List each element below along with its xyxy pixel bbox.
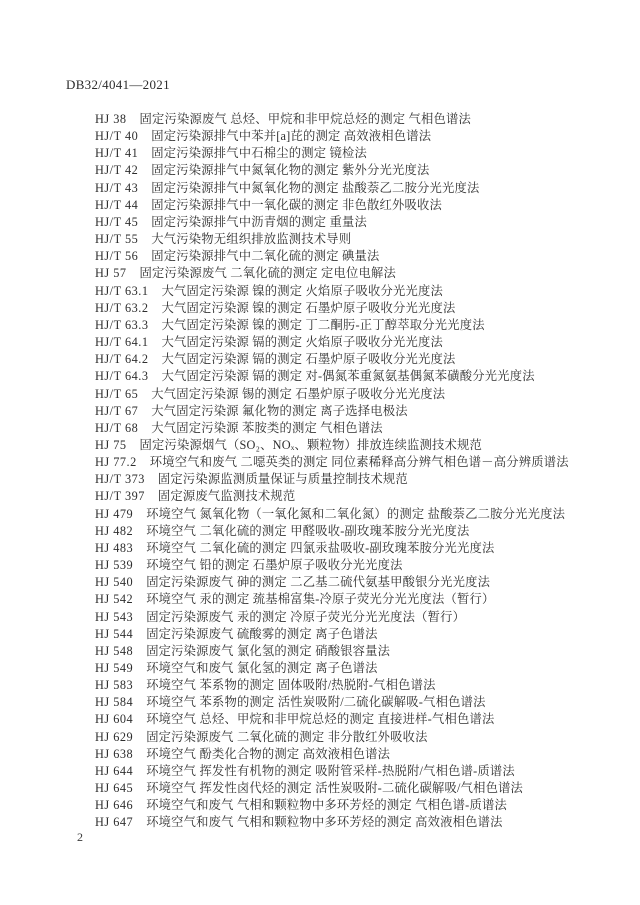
standard-code: HJ 75 (95, 437, 127, 454)
standard-code: HJ 544 (95, 626, 133, 643)
standard-title: 环境空气 二氧化硫的测定 甲醛吸收-副玫瑰苯胺分光光度法 (146, 524, 469, 538)
standard-entry: HJ 629固定污染源废气 二氧化硫的测定 非分散红外吸收法 (95, 729, 595, 746)
standard-title: 固定污染源排气中二氧化硫的测定 碘量法 (151, 249, 379, 263)
standard-code: HJ/T 63.3 (95, 317, 148, 334)
standard-code: HJ/T 64.3 (95, 368, 148, 385)
standard-entry: HJ 540固定污染源废气 砷的测定 二乙基二硫代氨基甲酸银分光光度法 (95, 574, 595, 591)
standard-entry: HJ/T 42固定污染源排气中氮氧化物的测定 紫外分光光度法 (95, 162, 595, 179)
standard-entry: HJ 75固定污染源烟气（SO₂、NOₓ、颗粒物）排放连续监测技术规范 (95, 437, 595, 454)
standard-entry: HJ/T 55大气污染物无组织排放监测技术导则 (95, 231, 595, 248)
standard-entry: HJ 645环境空气 挥发性卤代烃的测定 活性炭吸附-二硫化碳解吸/气相色谱法 (95, 780, 595, 797)
standard-code: HJ 604 (95, 711, 133, 728)
standard-title: 大气固定污染源 镉的测定 火焰原子吸收分光光度法 (161, 335, 442, 349)
standard-entry: HJ/T 64.1大气固定污染源 镉的测定 火焰原子吸收分光光度法 (95, 334, 595, 351)
standard-title: 大气固定污染源 苯胺类的测定 气相色谱法 (151, 421, 383, 435)
standard-code: HJ 479 (95, 506, 133, 523)
standard-entry: HJ 57固定污染源废气 二氧化硫的测定 定电位电解法 (95, 265, 595, 282)
page-number: 2 (77, 830, 83, 845)
standard-code: HJ/T 56 (95, 248, 138, 265)
standard-code: HJ 646 (95, 797, 133, 814)
standard-code: HJ/T 64.2 (95, 351, 148, 368)
standard-title: 固定污染源排气中苯并[a]芘的测定 高效液相色谱法 (151, 129, 431, 143)
standard-entry: HJ/T 63.2大气固定污染源 镍的测定 石墨炉原子吸收分光光度法 (95, 300, 595, 317)
standard-entry: HJ 542环境空气 汞的测定 巯基棉富集-冷原子荧光分光光度法（暂行） (95, 591, 595, 608)
standard-code: HJ 584 (95, 694, 133, 711)
standard-entry: HJ/T 41固定污染源排气中石棉尘的测定 镜检法 (95, 145, 595, 162)
standard-entry: HJ 644环境空气 挥发性有机物的测定 吸附管采样-热脱附/气相色谱-质谱法 (95, 763, 595, 780)
standard-title: 固定污染源废气 氯化氢的测定 硝酸银容量法 (146, 644, 390, 658)
standard-code: HJ/T 68 (95, 420, 138, 437)
standard-entry: HJ 38固定污染源废气 总烃、甲烷和非甲烷总烃的测定 气相色谱法 (95, 111, 595, 128)
standard-title: 固定污染源废气 二氧化硫的测定 定电位电解法 (140, 266, 397, 280)
standard-entry: HJ/T 56固定污染源排气中二氧化硫的测定 碘量法 (95, 248, 595, 265)
standard-title: 大气污染物无组织排放监测技术导则 (151, 232, 351, 246)
standard-title: 大气固定污染源 镍的测定 丁二酮肟-正丁醇萃取分光光度法 (161, 318, 484, 332)
standard-code: HJ 549 (95, 660, 133, 677)
standard-code: HJ 38 (95, 111, 127, 128)
standard-title: 大气固定污染源 镍的测定 火焰原子吸收分光光度法 (161, 284, 442, 298)
standard-entry: HJ/T 40固定污染源排气中苯并[a]芘的测定 高效液相色谱法 (95, 128, 595, 145)
standard-entry: HJ 482环境空气 二氧化硫的测定 甲醛吸收-副玫瑰苯胺分光光度法 (95, 523, 595, 540)
standard-code: HJ/T 41 (95, 145, 138, 162)
standard-code: HJ 629 (95, 729, 133, 746)
standard-code: HJ 482 (95, 523, 133, 540)
standard-code: HJ 644 (95, 763, 133, 780)
standard-title: 固定污染源废气 二氧化硫的测定 非分散红外吸收法 (146, 730, 427, 744)
standard-title: 固定污染源排气中石棉尘的测定 镜检法 (151, 146, 367, 160)
standard-title: 环境空气 铅的测定 石墨炉原子吸收分光光度法 (146, 558, 403, 572)
standard-code: HJ/T 43 (95, 180, 138, 197)
standard-title: 环境空气 挥发性卤代烃的测定 活性炭吸附-二硫化碳解吸/气相色谱法 (146, 781, 523, 795)
standard-code: HJ 645 (95, 780, 133, 797)
standard-title: 固定污染源废气 总烃、甲烷和非甲烷总烃的测定 气相色谱法 (140, 112, 471, 126)
standard-code: HJ 483 (95, 540, 133, 557)
standard-entry: HJ 479环境空气 氮氧化物（一氧化氮和二氧化氮）的测定 盐酸萘乙二胺分光光度… (95, 506, 595, 523)
standard-title: 固定污染源废气 汞的测定 冷原子荧光分光光度法（暂行） (146, 610, 465, 624)
standard-entry: HJ/T 65大气固定污染源 锡的测定 石墨炉原子吸收分光光度法 (95, 386, 595, 403)
standard-title: 大气固定污染源 锡的测定 石墨炉原子吸收分光光度法 (151, 387, 445, 401)
standard-entry: HJ 544固定污染源废气 硫酸雾的测定 离子色谱法 (95, 626, 595, 643)
standard-code: HJ/T 65 (95, 386, 138, 403)
standard-entry: HJ/T 44固定污染源排气中一氧化碳的测定 非色散红外吸收法 (95, 197, 595, 214)
standard-title: 固定污染源废气 砷的测定 二乙基二硫代氨基甲酸银分光光度法 (146, 575, 490, 589)
standard-code: HJ/T 63.1 (95, 283, 148, 300)
standard-code: HJ/T 397 (95, 488, 145, 505)
standard-title: 环境空气 二氧化硫的测定 四氯汞盐吸收-副玫瑰苯胺分光光度法 (146, 541, 494, 555)
standard-code: HJ/T 63.2 (95, 300, 148, 317)
document-page: DB32/4041—2021 HJ 38固定污染源废气 总烃、甲烷和非甲烷总烃的… (0, 0, 640, 905)
standard-entry: HJ 77.2环境空气和废气 二噁英类的测定 同位素稀释高分辨气相色谱－高分辨质… (95, 454, 595, 471)
standard-code: HJ/T 45 (95, 214, 138, 231)
standard-title: 环境空气和废气 氯化氢的测定 离子色谱法 (146, 661, 378, 675)
standard-entry: HJ/T 373固定污染源监测质量保证与质量控制技术规范 (95, 471, 595, 488)
standard-entry: HJ/T 64.2大气固定污染源 镉的测定 石墨炉原子吸收分光光度法 (95, 351, 595, 368)
standard-title: 环境空气 氮氧化物（一氧化氮和二氧化氮）的测定 盐酸萘乙二胺分光光度法 (146, 507, 565, 521)
standard-entry: HJ 583环境空气 苯系物的测定 固体吸附/热脱附-气相色谱法 (95, 677, 595, 694)
standard-entry: HJ 647环境空气和废气 气相和颗粒物中多环芳烃的测定 高效液相色谱法 (95, 814, 595, 831)
standard-entry: HJ/T 397固定源废气监测技术规范 (95, 488, 595, 505)
standard-title: 环境空气和废气 气相和颗粒物中多环芳烃的测定 高效液相色谱法 (146, 815, 502, 829)
standard-title: 环境空气 汞的测定 巯基棉富集-冷原子荧光分光光度法（暂行） (146, 592, 494, 606)
standard-entry: HJ 549环境空气和废气 氯化氢的测定 离子色谱法 (95, 660, 595, 677)
standard-code: HJ 647 (95, 814, 133, 831)
standard-code: HJ/T 55 (95, 231, 138, 248)
standard-title: 固定污染源烟气（SO₂、NOₓ、颗粒物）排放连续监测技术规范 (140, 438, 482, 452)
standard-title: 大气固定污染源 氟化物的测定 离子选择电极法 (151, 404, 408, 418)
standard-code: HJ/T 67 (95, 403, 138, 420)
standard-title: 固定污染源监测质量保证与质量控制技术规范 (158, 472, 408, 486)
standard-code: HJ 57 (95, 265, 127, 282)
standard-entry: HJ 646环境空气和废气 气相和颗粒物中多环芳烃的测定 气相色谱-质谱法 (95, 797, 595, 814)
standard-code: HJ 539 (95, 557, 133, 574)
standard-entry: HJ 483环境空气 二氧化硫的测定 四氯汞盐吸收-副玫瑰苯胺分光光度法 (95, 540, 595, 557)
standard-title: 环境空气 挥发性有机物的测定 吸附管采样-热脱附/气相色谱-质谱法 (146, 764, 515, 778)
standard-entry: HJ/T 63.3大气固定污染源 镍的测定 丁二酮肟-正丁醇萃取分光光度法 (95, 317, 595, 334)
standard-code: HJ 638 (95, 746, 133, 763)
standard-code: HJ 540 (95, 574, 133, 591)
standard-entry: HJ 543固定污染源废气 汞的测定 冷原子荧光分光光度法（暂行） (95, 609, 595, 626)
standard-entry: HJ 548固定污染源废气 氯化氢的测定 硝酸银容量法 (95, 643, 595, 660)
standards-list: HJ 38固定污染源废气 总烃、甲烷和非甲烷总烃的测定 气相色谱法HJ/T 40… (95, 111, 595, 832)
standard-title: 环境空气和废气 二噁英类的测定 同位素稀释高分辨气相色谱－高分辨质谱法 (150, 455, 569, 469)
standard-entry: HJ 638环境空气 酚类化合物的测定 高效液相色谱法 (95, 746, 595, 763)
standard-title: 固定污染源排气中一氧化碳的测定 非色散红外吸收法 (151, 198, 442, 212)
standard-title: 环境空气 苯系物的测定 固体吸附/热脱附-气相色谱法 (146, 678, 435, 692)
standard-title: 大气固定污染源 镍的测定 石墨炉原子吸收分光光度法 (161, 301, 455, 315)
standard-code: HJ 542 (95, 591, 133, 608)
standard-title: 固定污染源排气中氮氧化物的测定 紫外分光光度法 (151, 163, 429, 177)
standard-title: 固定源废气监测技术规范 (158, 489, 295, 503)
standard-entry: HJ 584环境空气 苯系物的测定 活性炭吸附/二硫化碳解吸-气相色谱法 (95, 694, 595, 711)
standard-code: HJ/T 40 (95, 128, 138, 145)
standard-code: HJ/T 373 (95, 471, 145, 488)
standard-entry: HJ 539环境空气 铅的测定 石墨炉原子吸收分光光度法 (95, 557, 595, 574)
standard-code: HJ 543 (95, 609, 133, 626)
standard-title: 环境空气 总烃、甲烷和非甲烷总烃的测定 直接进样-气相色谱法 (146, 712, 494, 726)
standard-title: 固定污染源废气 硫酸雾的测定 离子色谱法 (146, 627, 378, 641)
standard-code: HJ/T 64.1 (95, 334, 148, 351)
standard-title: 大气固定污染源 镉的测定 对-偶氮苯重氮氨基偶氮苯磺酸分光光度法 (161, 369, 534, 383)
standard-entry: HJ/T 64.3大气固定污染源 镉的测定 对-偶氮苯重氮氨基偶氮苯磺酸分光光度… (95, 368, 595, 385)
standard-entry: HJ/T 45固定污染源排气中沥青烟的测定 重量法 (95, 214, 595, 231)
standard-code: HJ/T 44 (95, 197, 138, 214)
standard-title: 固定污染源排气中氮氧化物的测定 盐酸萘乙二胺分光光度法 (151, 181, 479, 195)
standard-code: HJ 583 (95, 677, 133, 694)
standard-entry: HJ 604环境空气 总烃、甲烷和非甲烷总烃的测定 直接进样-气相色谱法 (95, 711, 595, 728)
document-number-header: DB32/4041—2021 (66, 77, 170, 93)
standard-code: HJ 548 (95, 643, 133, 660)
standard-title: 环境空气 酚类化合物的测定 高效液相色谱法 (146, 747, 390, 761)
standard-title: 大气固定污染源 镉的测定 石墨炉原子吸收分光光度法 (161, 352, 455, 366)
standard-title: 环境空气 苯系物的测定 活性炭吸附/二硫化碳解吸-气相色谱法 (146, 695, 485, 709)
standard-entry: HJ/T 43固定污染源排气中氮氧化物的测定 盐酸萘乙二胺分光光度法 (95, 180, 595, 197)
standard-entry: HJ/T 68大气固定污染源 苯胺类的测定 气相色谱法 (95, 420, 595, 437)
standard-entry: HJ/T 67大气固定污染源 氟化物的测定 离子选择电极法 (95, 403, 595, 420)
standard-title: 环境空气和废气 气相和颗粒物中多环芳烃的测定 气相色谱-质谱法 (146, 798, 507, 812)
standard-title: 固定污染源排气中沥青烟的测定 重量法 (151, 215, 367, 229)
standard-entry: HJ/T 63.1大气固定污染源 镍的测定 火焰原子吸收分光光度法 (95, 283, 595, 300)
standard-code: HJ/T 42 (95, 162, 138, 179)
standard-code: HJ 77.2 (95, 454, 137, 471)
